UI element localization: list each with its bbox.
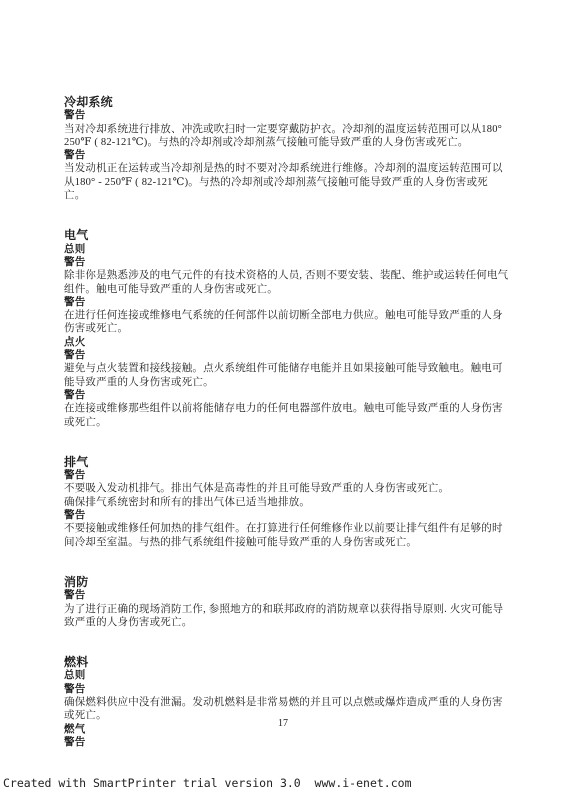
sub-heading: 警告: [64, 109, 530, 122]
section-gap: [64, 429, 530, 456]
sub-heading: 警告: [64, 256, 530, 269]
paragraph: 不要接触或维修任何加热的排气组件。在打算进行任何维修作业以前要让排气组件有足够的…: [64, 522, 530, 549]
paragraph: 为了进行正确的现场消防工作, 参照地方的和联邦政府的消防规章以获得指导原则. 火…: [64, 603, 530, 630]
sub-heading: 警告: [64, 349, 530, 362]
paragraph: 在进行任何连接或维修电气系统的任何部件以前切断全部电力供应。触电可能导致严重的人…: [64, 309, 530, 336]
sub-heading: 警告: [64, 296, 530, 309]
sub-heading: 警告: [64, 149, 530, 162]
sub-heading: 警告: [64, 389, 530, 402]
section-heading: 消防: [64, 576, 530, 589]
section-heading: 电气: [64, 229, 530, 242]
document-page: { "document": { "page_number": "17", "fo…: [0, 0, 566, 800]
section-gap: [64, 549, 530, 576]
sub-heading: 警告: [64, 589, 530, 602]
sub-heading: 点火: [64, 336, 530, 349]
sub-heading: 警告: [64, 683, 530, 696]
paragraph: 当对冷却系统进行排放、冲洗或吹扫时一定要穿戴防护衣。冷却剂的温度运转范围可以从1…: [64, 123, 530, 150]
section-heading: 冷却系统: [64, 96, 530, 109]
smartprinter-watermark: Created with SmartPrinter trial version …: [3, 776, 412, 790]
paragraph: 除非你是熟悉涉及的电气元件的有技术资格的人员, 否则不要安装、装配、维护或运转任…: [64, 269, 530, 296]
sub-heading: 警告: [64, 509, 530, 522]
paragraph: 避免与点火装置和接线接触。点火系统组件可能储存电能并且如果接触可能导致触电。触电…: [64, 362, 530, 389]
section-gap: [64, 629, 530, 656]
page-number: 17: [0, 718, 566, 729]
sub-heading: 总则: [64, 243, 530, 256]
section-heading: 燃料: [64, 656, 530, 669]
document-content: 冷却系统警告当对冷却系统进行排放、冲洗或吹扫时一定要穿戴防护衣。冷却剂的温度运转…: [64, 96, 530, 749]
sub-heading: 警告: [64, 736, 530, 749]
paragraph: 当发动机正在运转或当冷却剂是热的时不要对冷却系统进行维修。冷却剂的温度运转范围可…: [64, 162, 530, 202]
section-gap: [64, 202, 530, 229]
paragraph: 在连接或维修那些组件以前将能储存电力的任何电器部件放电。触电可能导致严重的人身伤…: [64, 402, 530, 429]
paragraph: 不要吸入发动机排气。排出气体是高毒性的并且可能导致严重的人身伤害或死亡。 确保排…: [64, 482, 530, 509]
sub-heading: 警告: [64, 469, 530, 482]
section-heading: 排气: [64, 456, 530, 469]
sub-heading: 总则: [64, 669, 530, 682]
